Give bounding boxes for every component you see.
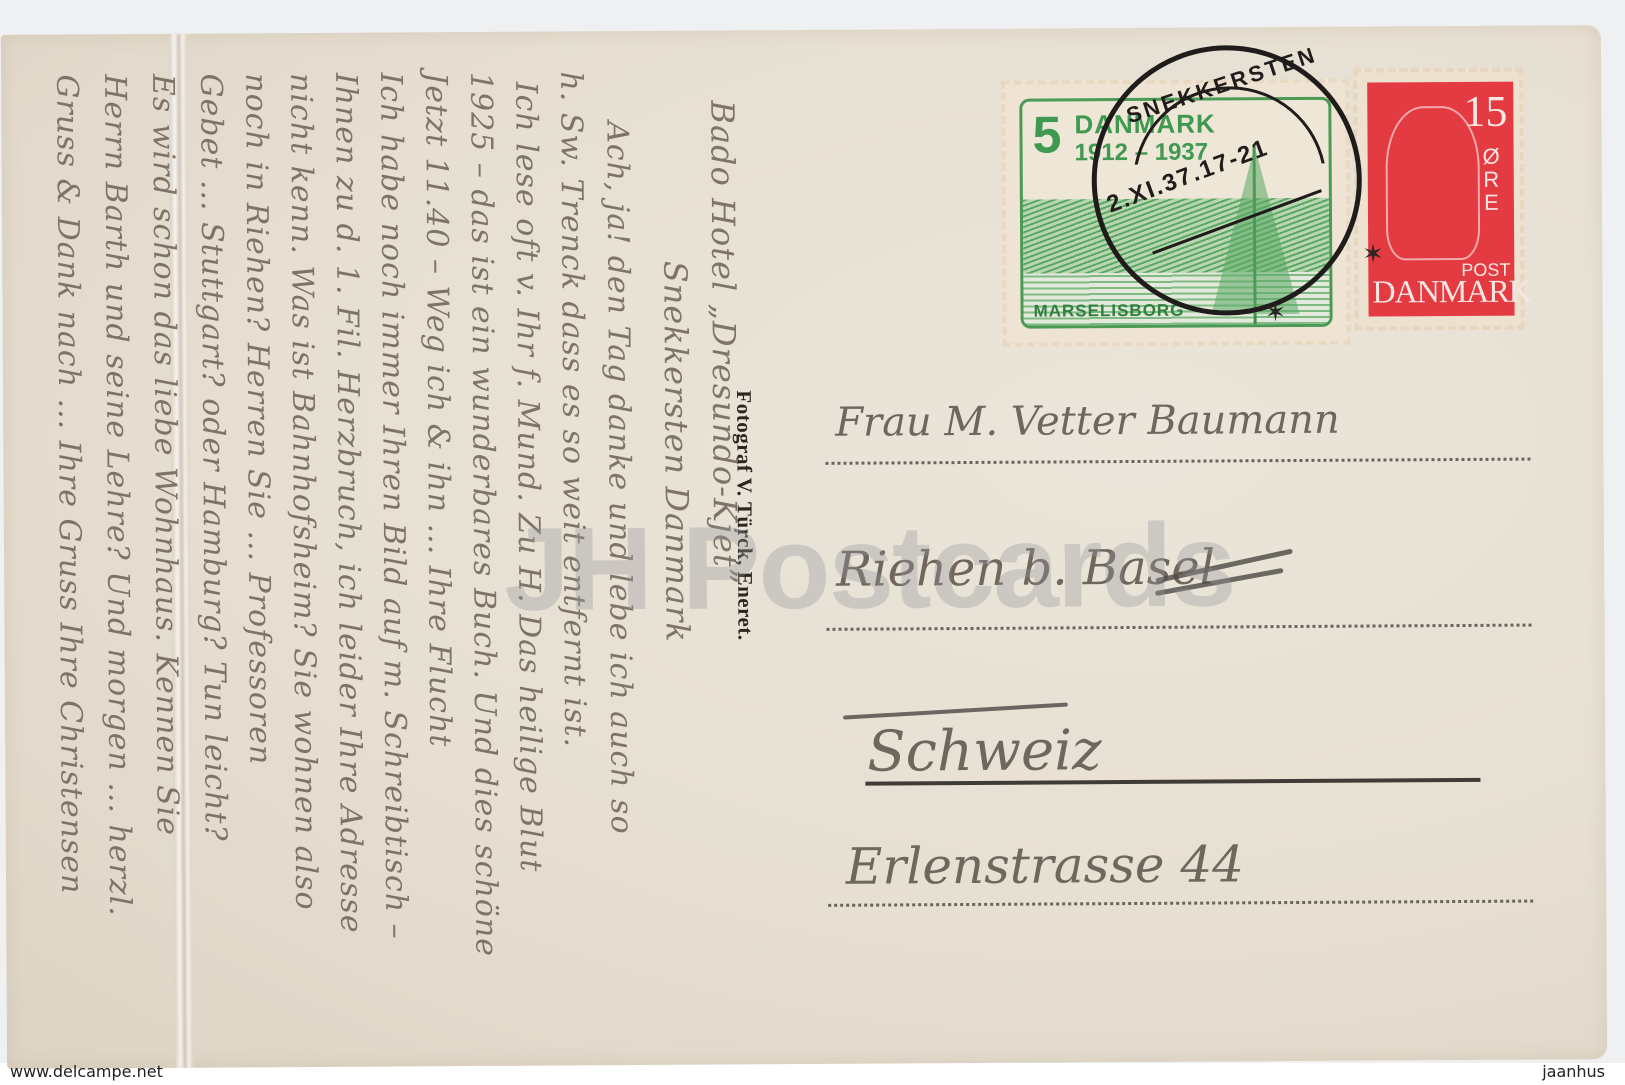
letter-line-text: Ich habe noch immer Ihren Bild auf m. Sc… xyxy=(369,72,416,939)
letter-line-text: nicht kenn. Was ist Bahnhofsheim? Sie wo… xyxy=(279,73,326,911)
postmark-star-icon: ✶ xyxy=(1264,297,1286,328)
stamp-country: DANMARK xyxy=(1372,273,1531,311)
watermark: JH Postcards xyxy=(504,497,1235,637)
stamp-caption: MARSELISBORG xyxy=(1034,301,1185,322)
letter-line-text: Jetzt 11.40 – Weg ich & ihn ... Ihre Flu… xyxy=(414,72,460,747)
source-site-label: www.delcampe.net xyxy=(10,1062,163,1081)
postmark-bar xyxy=(1152,189,1322,254)
address-dotted-line xyxy=(828,900,1533,907)
letter-line: noch in Riehen? Herren Sie ... Professor… xyxy=(234,33,282,1067)
letter-line: Es wird schon das liebe Wohnhaus. Kennen… xyxy=(141,34,189,1068)
postmark-cancellation: SNEKKERSTEN 2.XI.37.17-21 xyxy=(1091,45,1363,317)
address-recipient: Frau M. Vetter Baumann xyxy=(835,397,1340,446)
seller-name-label: jaanhus xyxy=(1542,1062,1605,1081)
stamp-value: 15 xyxy=(1463,86,1507,137)
letter-line: Gebet ... Stuttgart? oder Hamburg? Tun l… xyxy=(189,33,237,1067)
letter-line: Ihnen zu d. 1. Fil. Herzbruch, ich leide… xyxy=(324,33,372,1067)
address-dotted-line xyxy=(825,458,1530,465)
letter-line-text: Gruss & Dank nach ... Ihre Gruss Ihre Ch… xyxy=(45,74,92,894)
letter-line-text: Es wird schon das liebe Wohnhaus. Kennen… xyxy=(141,74,188,836)
letter-line-text: Gebet ... Stuttgart? oder Hamburg? Tun l… xyxy=(189,73,236,841)
stamp-unit: ØRE xyxy=(1478,144,1504,213)
letter-line-text: Ihnen zu d. 1. Fil. Herzbruch, ich leide… xyxy=(324,73,371,934)
strike-through-mark xyxy=(843,703,1068,720)
postcard-back: Ach, ja! den Tag danke und lebe ich auch… xyxy=(1,25,1607,1069)
letter-line: Ich habe noch immer Ihren Bild auf m. Sc… xyxy=(369,32,417,1066)
stamp-value: 5 xyxy=(1032,105,1061,165)
postmark-star-icon: ✶ xyxy=(1362,238,1384,269)
letter-line: 1925 – das ist ein wunderbares Buch. Und… xyxy=(459,32,507,1066)
address-country: Schweiz xyxy=(867,718,1102,784)
letter-line-text: Ach, ja! den Tag danke und lebe ich auch… xyxy=(595,121,641,835)
letter-line-text: Herrn Barth und seine Lehre? Und morgen … xyxy=(93,74,140,917)
letter-line-text: h. Sw. Trenck dass es so weit entfernt i… xyxy=(549,71,595,748)
address-street: Erlenstrasse 44 xyxy=(846,835,1244,895)
letter-line: Herrn Barth und seine Lehre? Und morgen … xyxy=(93,34,141,1068)
letter-line-text: noch in Riehen? Herren Sie ... Professor… xyxy=(234,73,280,765)
letter-line: nicht kenn. Was ist Bahnhofsheim? Sie wo… xyxy=(279,33,327,1067)
letter-line-text: 1925 – das ist ein wunderbares Buch. Und… xyxy=(459,72,506,957)
letter-line: Gruss & Dank nach ... Ihre Gruss Ihre Ch… xyxy=(45,34,93,1068)
letter-line-text: Ich lese oft v. Ihr f. Mund. Zu H. Das h… xyxy=(504,82,551,873)
letter-line: Jetzt 11.40 – Weg ich & ihn ... Ihre Flu… xyxy=(414,32,462,1066)
red-caravel-stamp: 15 ØRE POST DANMARK xyxy=(1353,68,1525,331)
